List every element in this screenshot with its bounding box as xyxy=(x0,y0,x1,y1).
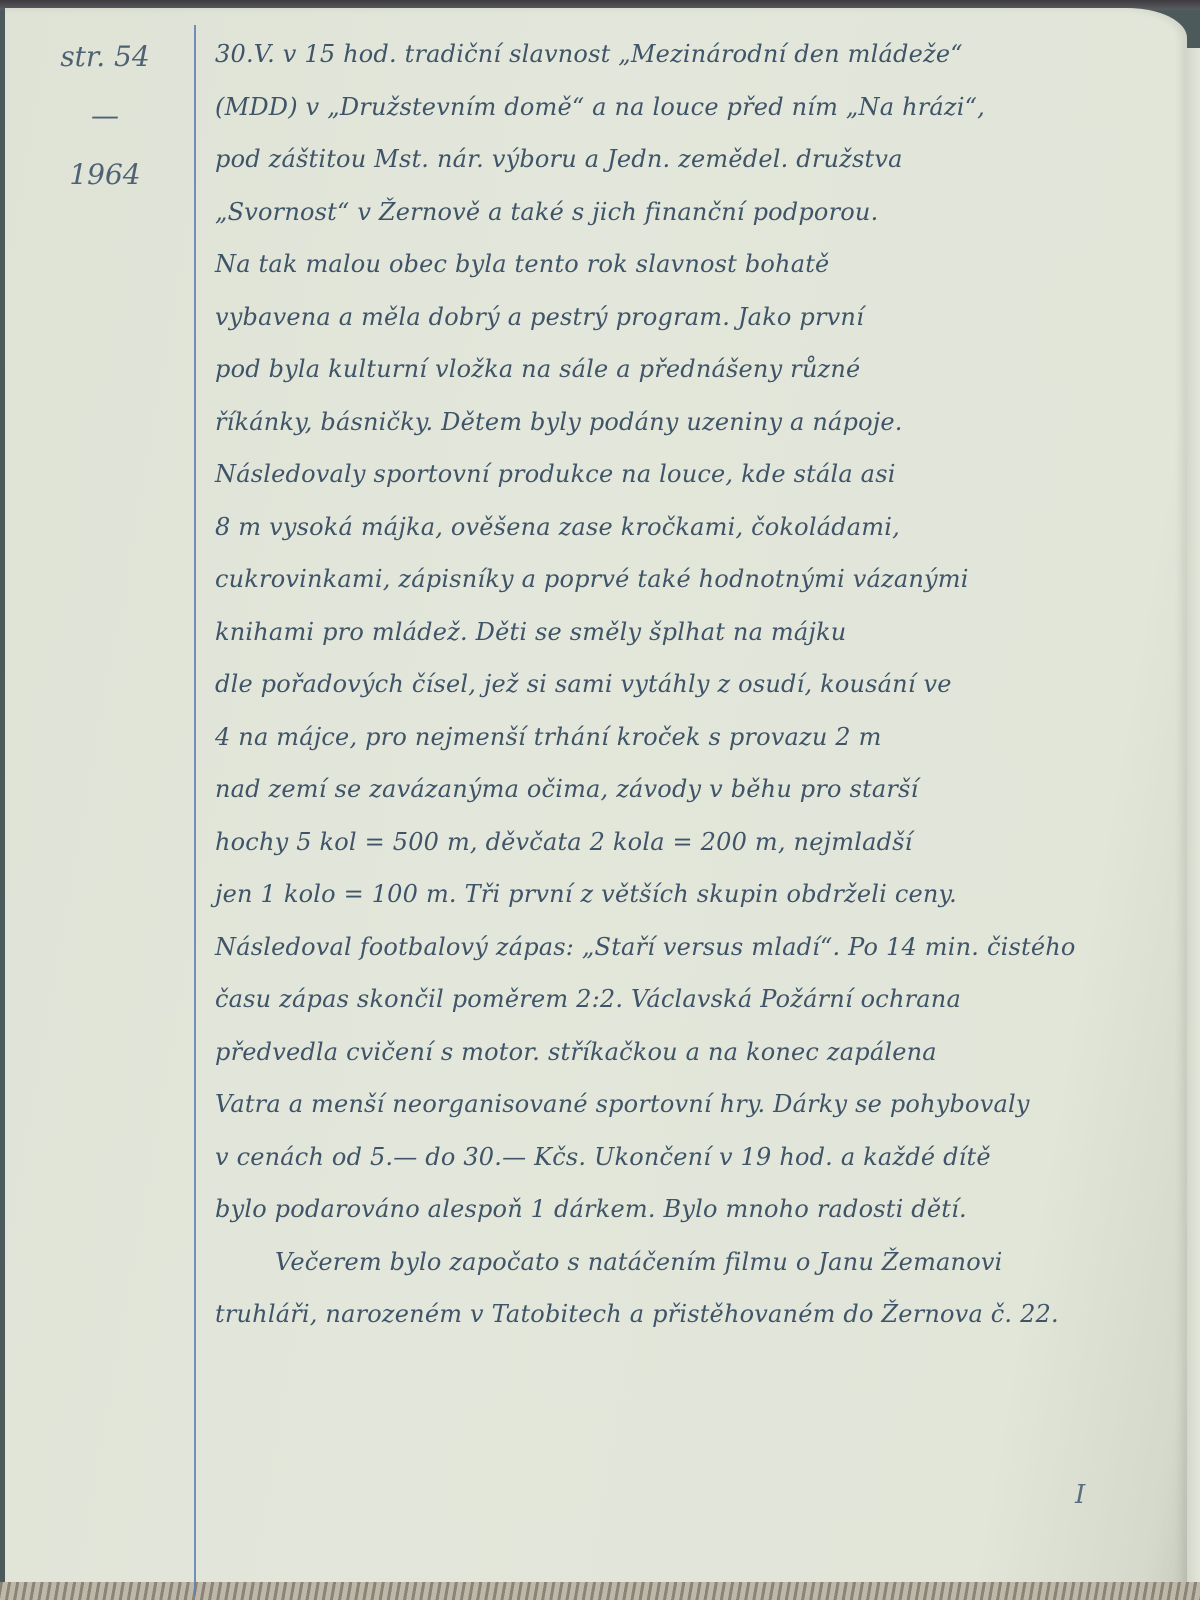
entry-line: Následovaly sportovní produkce na louce,… xyxy=(215,448,1175,501)
entry-line: cukrovinkami, zápisníky a poprvé také ho… xyxy=(215,553,1175,606)
entry-line: Večerem bylo započato s natáčením filmu … xyxy=(215,1236,1175,1289)
entry-line: 4 na májce, pro nejmenší trhání kroček s… xyxy=(215,711,1175,764)
margin-dash: — xyxy=(30,99,180,132)
entry-line: pod záštitou Mst. nár. výboru a Jedn. ze… xyxy=(215,133,1175,186)
page-bottom-edge xyxy=(0,1582,1200,1600)
entry-line: dle pořadových čísel, jež si sami vytáhl… xyxy=(215,658,1175,711)
entry-line: vybavena a měla dobrý a pestrý program. … xyxy=(215,291,1175,344)
entry-line: jen 1 kolo = 100 m. Tři první z větších … xyxy=(215,868,1175,921)
entry-line: nad zemí se zavázanýma očima, závody v b… xyxy=(215,763,1175,816)
entry-line: předvedla cvičení s motor. stříkačkou a … xyxy=(215,1026,1175,1079)
entry-line: (MDD) v „Družstevním domě“ a na louce př… xyxy=(215,81,1175,134)
entry-line: Na tak malou obec byla tento rok slavnos… xyxy=(215,238,1175,291)
entry-line: Vatra a menší neorganisované sportovní h… xyxy=(215,1078,1175,1131)
page-reference: str. 54 xyxy=(30,40,180,73)
entry-line: v cenách od 5.— do 30.— Kčs. Ukončení v … xyxy=(215,1131,1175,1184)
year-label: 1964 xyxy=(30,158,180,191)
entry-line: Následoval footbalový zápas: „Staří vers… xyxy=(215,921,1175,974)
entry-line: knihami pro mládež. Děti se směly šplhat… xyxy=(215,606,1175,659)
entry-line: 8 m vysoká májka, ověšena zase kročkami,… xyxy=(215,501,1175,554)
margin-column: str. 54 — 1964 xyxy=(30,40,180,217)
entry-line: truhláři, narozeném v Tatobitech a přist… xyxy=(215,1288,1175,1341)
entry-line: „Svornost“ v Žernově a také s jich finan… xyxy=(215,186,1175,239)
entry-line: říkánky, básničky. Dětem byly podány uze… xyxy=(215,396,1175,449)
entry-line: hochy 5 kol = 500 m, děvčata 2 kola = 20… xyxy=(215,816,1175,869)
entry-line: bylo podarováno alespoň 1 dárkem. Bylo m… xyxy=(215,1183,1175,1236)
chronicle-entry: 30.V. v 15 hod. tradiční slavnost „Mezin… xyxy=(215,28,1175,1341)
entry-line: 30.V. v 15 hod. tradiční slavnost „Mezin… xyxy=(215,28,1175,81)
end-mark: I xyxy=(1075,1480,1085,1510)
entry-line: pod byla kulturní vložka na sále a předn… xyxy=(215,343,1175,396)
entry-line: času zápas skončil poměrem 2:2. Václavsk… xyxy=(215,973,1175,1026)
margin-rule-line xyxy=(194,25,196,1595)
